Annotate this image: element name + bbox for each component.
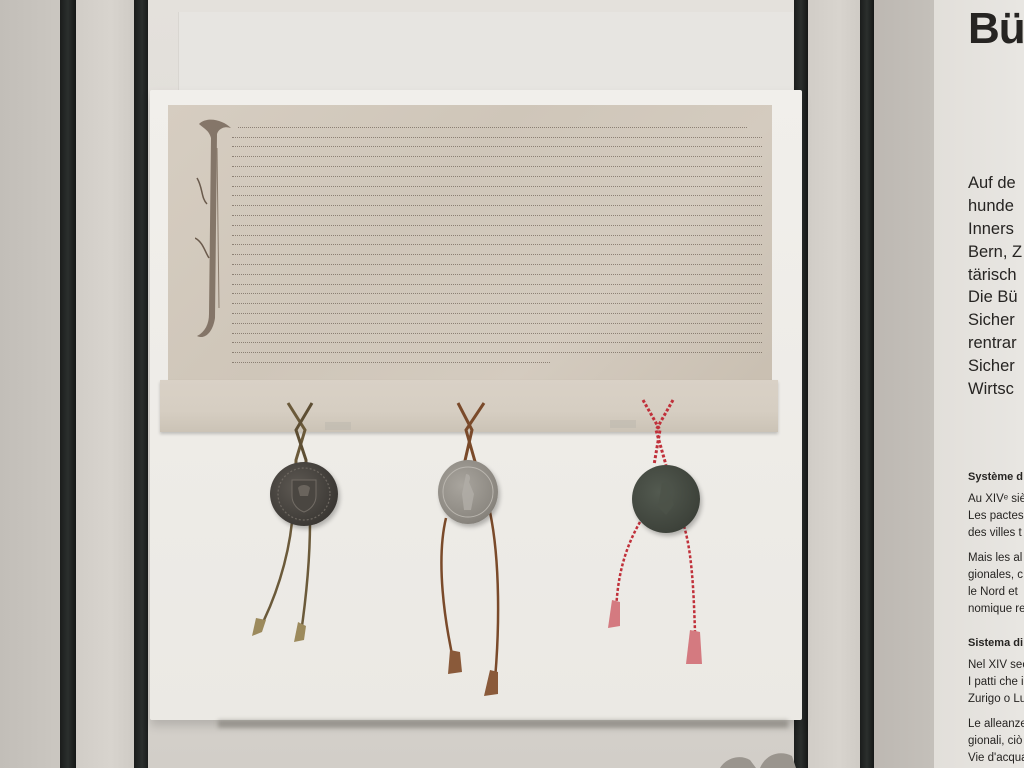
label-line: rentrar: [968, 332, 1018, 355]
wax-seal-center: [438, 460, 498, 524]
exhibition-label-panel: Bü Auf de hunde Inners Bern, Z tärisch D…: [934, 0, 1024, 768]
label-line: tärisch: [968, 264, 1022, 287]
label-line: Nel XIV sec: [968, 657, 1024, 674]
label-line: Zurigo o Lu: [968, 691, 1024, 708]
label-line: Vie d'acqua: [968, 750, 1024, 767]
label-line: des villes t: [968, 525, 1024, 542]
label-italian-heading: Sistema di: [968, 637, 1023, 649]
label-line: Le alleanze: [968, 716, 1024, 733]
seal-cords: [0, 0, 1024, 768]
shield-bull-icon: [270, 462, 338, 526]
label-line: Bern, Z: [968, 241, 1022, 264]
label-line: Sicher: [968, 309, 1018, 332]
label-french-heading: Système d: [968, 471, 1023, 483]
label-line: gionales, c: [968, 567, 1024, 584]
label-title: Bü: [968, 4, 1024, 54]
label-line: hunde: [968, 195, 1022, 218]
standing-figure-icon: [438, 460, 498, 524]
label-line: I patti che i: [968, 674, 1024, 691]
label-italian-paragraph-1: Nel XIV sec I patti che i Zurigo o Lu: [968, 657, 1024, 708]
label-german-paragraph-2: Die Bü Sicher rentrar Sicher Wirtsc: [968, 286, 1018, 401]
label-italian-paragraph-2: Le alleanze gionali, ciò Vie d'acqua: [968, 716, 1024, 767]
label-line: gionali, ciò: [968, 733, 1024, 750]
label-german-paragraph-1: Auf de hunde Inners Bern, Z tärisch: [968, 172, 1022, 287]
label-line: Mais les al: [968, 550, 1024, 567]
wax-seal-right: [632, 465, 700, 533]
label-french-paragraph-2: Mais les al gionales, c le Nord et nomiq…: [968, 550, 1024, 618]
label-line: Auf de: [968, 172, 1022, 195]
label-line: Die Bü: [968, 286, 1018, 309]
label-line: Sicher: [968, 355, 1018, 378]
wax-seal-left: [270, 462, 338, 526]
label-french-paragraph-1: Au XIVᵉ siè Les pactes des villes t: [968, 491, 1024, 542]
label-line: le Nord et: [968, 584, 1024, 601]
label-line: Les pactes: [968, 508, 1024, 525]
worn-figure-icon: [632, 465, 700, 533]
label-line: nomique re: [968, 601, 1024, 618]
reflection-shadow: [700, 730, 800, 768]
label-line: Au XIVᵉ siè: [968, 491, 1024, 508]
label-line: Wirtsc: [968, 378, 1018, 401]
label-line: Inners: [968, 218, 1022, 241]
